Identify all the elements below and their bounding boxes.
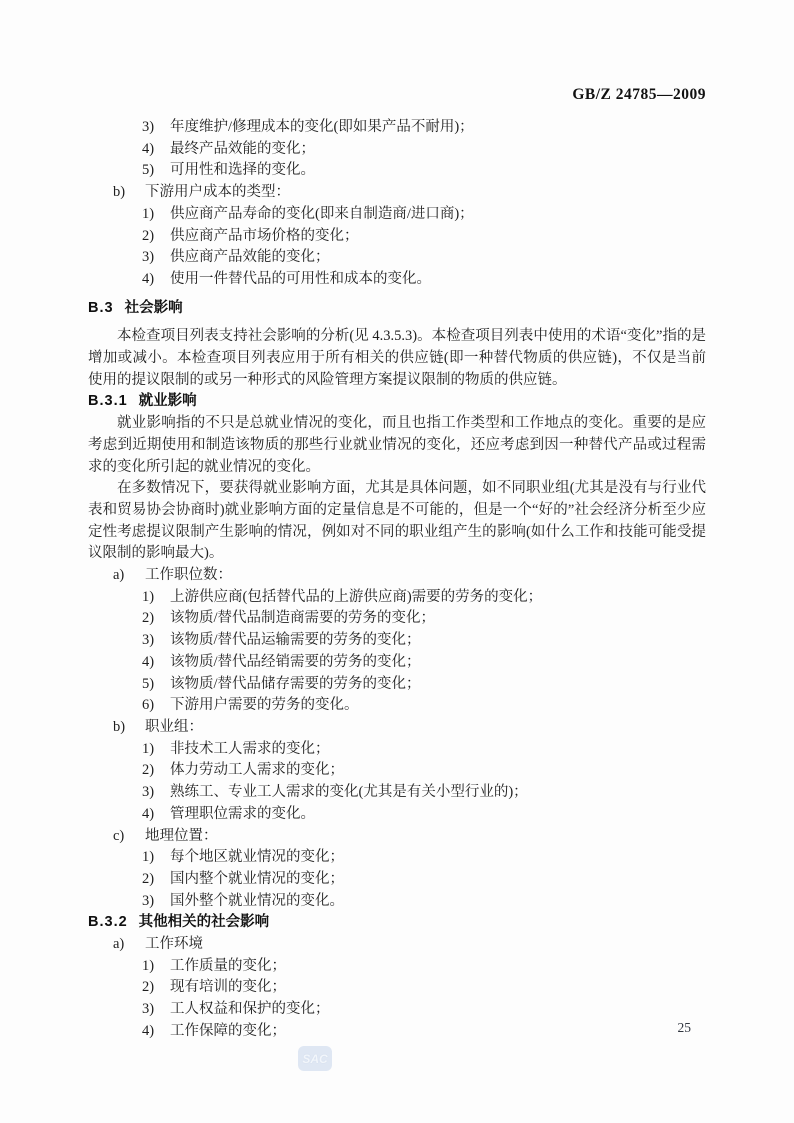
- list-item-text: 该物质/替代品运输需要的劳务的变化；: [170, 632, 421, 648]
- list-item-text: 供应商产品效能的变化；: [170, 249, 330, 265]
- list-item-text: 供应商产品市场价格的变化；: [170, 228, 359, 244]
- list-item-text: 可用性和选择的变化。: [170, 162, 315, 178]
- list-item: 1)非技术工人需求的变化；: [88, 739, 706, 761]
- list-item-marker: 3): [142, 782, 170, 804]
- list-item-text: 上游供应商(包括替代品的上游供应商)需要的劳务的变化；: [170, 589, 542, 605]
- document-standard-number: GB/Z 24785—2009: [88, 86, 706, 104]
- list-item: 1)供应商产品寿命的变化(即来自制造商/进口商)；: [88, 204, 706, 226]
- paragraph: 本检查项目列表支持社会影响的分析(见 4.3.5.3)。本检查项目列表中使用的术…: [88, 326, 706, 391]
- list-item-marker: 1): [142, 956, 170, 978]
- list-item-text: 熟练工、专业工人需求的变化(尤其是有关小型行业的)；: [170, 784, 528, 800]
- section-title: 就业影响: [139, 393, 197, 409]
- section-number: B.3: [88, 300, 114, 316]
- list-item: b)下游用户成本的类型：: [88, 182, 706, 204]
- sac-watermark-logo: SAC: [298, 1046, 332, 1071]
- list-item-text: 该物质/替代品经销需要的劳务的变化；: [170, 654, 421, 670]
- list-item: 2)体力劳动工人需求的变化；: [88, 760, 706, 782]
- list-item: 1)工作质量的变化；: [88, 956, 706, 978]
- section-heading: B.3.2其他相关的社会影响: [88, 912, 706, 934]
- document-page: GB/Z 24785—2009 3)年度维护/修理成本的变化(即如果产品不耐用)…: [0, 0, 794, 1123]
- list-item: 5)可用性和选择的变化。: [88, 160, 706, 182]
- list-item-marker: 3): [142, 891, 170, 913]
- list-item-marker: b): [113, 182, 145, 204]
- list-item-text: 下游用户成本的类型：: [145, 184, 290, 200]
- page-number: 25: [88, 1020, 691, 1036]
- section-title: 其他相关的社会影响: [139, 914, 270, 930]
- list-item-text: 每个地区就业情况的变化；: [170, 849, 344, 865]
- list-item-text: 该物质/替代品制造商需要的劳务的变化；: [170, 610, 435, 626]
- list-item-text: 管理职位需求的变化。: [170, 806, 315, 822]
- list-item: 2)供应商产品市场价格的变化；: [88, 226, 706, 248]
- list-item: 6)下游用户需要的劳务的变化。: [88, 695, 706, 717]
- list-item-text: 国外整个就业情况的变化。: [170, 893, 344, 909]
- list-item-text: 该物质/替代品储存需要的劳务的变化；: [170, 676, 421, 692]
- list-item-text: 国内整个就业情况的变化；: [170, 871, 344, 887]
- list-item-marker: 2): [142, 760, 170, 782]
- document-body: 3)年度维护/修理成本的变化(即如果产品不耐用)；4)最终产品效能的变化；5)可…: [88, 117, 706, 1043]
- list-item-marker: 1): [142, 587, 170, 609]
- list-item-marker: 4): [142, 804, 170, 826]
- list-item-marker: 4): [142, 652, 170, 674]
- list-item-marker: 6): [142, 695, 170, 717]
- list-item-marker: 2): [142, 977, 170, 999]
- section-heading: B.3.1就业影响: [88, 391, 706, 413]
- list-item-marker: 5): [142, 160, 170, 182]
- list-item-text: 最终产品效能的变化；: [170, 141, 315, 157]
- list-item-marker: a): [113, 565, 145, 587]
- list-item-marker: 3): [142, 630, 170, 652]
- list-item-text: 职业组：: [145, 719, 203, 735]
- list-item: 3)年度维护/修理成本的变化(即如果产品不耐用)；: [88, 117, 706, 139]
- section-heading: B.3社会影响: [88, 298, 706, 320]
- list-item: 1)上游供应商(包括替代品的上游供应商)需要的劳务的变化；: [88, 587, 706, 609]
- list-item-marker: 4): [142, 269, 170, 291]
- list-item: b)职业组：: [88, 717, 706, 739]
- list-item-marker: a): [113, 934, 145, 956]
- list-item-marker: 1): [142, 847, 170, 869]
- section-title: 社会影响: [125, 300, 183, 316]
- list-item: 4)管理职位需求的变化。: [88, 804, 706, 826]
- list-item-marker: b): [113, 717, 145, 739]
- list-item-marker: 3): [142, 117, 170, 139]
- list-item-text: 使用一件替代品的可用性和成本的变化。: [170, 271, 431, 287]
- list-item-marker: 1): [142, 739, 170, 761]
- list-item-text: 供应商产品寿命的变化(即来自制造商/进口商)；: [170, 206, 474, 222]
- list-item-marker: 3): [142, 999, 170, 1021]
- list-item-text: 地理位置：: [145, 828, 218, 844]
- list-item: 2)国内整个就业情况的变化；: [88, 869, 706, 891]
- list-item: 3)工人权益和保护的变化；: [88, 999, 706, 1021]
- list-item-marker: 2): [142, 226, 170, 248]
- list-item-marker: 4): [142, 139, 170, 161]
- list-item-marker: 2): [142, 608, 170, 630]
- list-item: 2)该物质/替代品制造商需要的劳务的变化；: [88, 608, 706, 630]
- list-item: a)工作环境: [88, 934, 706, 956]
- list-item: 3)供应商产品效能的变化；: [88, 247, 706, 269]
- list-item: a)工作职位数：: [88, 565, 706, 587]
- list-item: 4)使用一件替代品的可用性和成本的变化。: [88, 269, 706, 291]
- list-item-text: 工作质量的变化；: [170, 958, 286, 974]
- list-item: 2)现有培训的变化；: [88, 977, 706, 999]
- list-item-text: 现有培训的变化；: [170, 979, 286, 995]
- list-item-marker: 1): [142, 204, 170, 226]
- list-item-marker: 2): [142, 869, 170, 891]
- list-item-marker: c): [113, 826, 145, 848]
- list-item: 3)该物质/替代品运输需要的劳务的变化；: [88, 630, 706, 652]
- list-item-marker: 5): [142, 674, 170, 696]
- paragraph: 就业影响指的不只是总就业情况的变化，而且也指工作类型和工作地点的变化。重要的是应…: [88, 413, 706, 478]
- section-number: B.3.1: [88, 393, 128, 409]
- paragraph: 在多数情况下，要获得就业影响方面，尤其是具体问题，如不同职业组(尤其是没有与行业…: [88, 478, 706, 565]
- list-item: 1)每个地区就业情况的变化；: [88, 847, 706, 869]
- list-item: 4)最终产品效能的变化；: [88, 139, 706, 161]
- list-item: 5)该物质/替代品储存需要的劳务的变化；: [88, 674, 706, 696]
- list-item-text: 年度维护/修理成本的变化(即如果产品不耐用)；: [170, 119, 474, 135]
- list-item: 3)熟练工、专业工人需求的变化(尤其是有关小型行业的)；: [88, 782, 706, 804]
- list-item: 3)国外整个就业情况的变化。: [88, 891, 706, 913]
- list-item-text: 非技术工人需求的变化；: [170, 741, 330, 757]
- list-item-text: 工作环境: [145, 936, 203, 952]
- list-item-text: 工人权益和保护的变化；: [170, 1001, 330, 1017]
- list-item-text: 工作职位数：: [145, 567, 232, 583]
- list-item-text: 下游用户需要的劳务的变化。: [170, 697, 359, 713]
- list-item-text: 体力劳动工人需求的变化；: [170, 762, 344, 778]
- list-item: c)地理位置：: [88, 826, 706, 848]
- list-item: 4)该物质/替代品经销需要的劳务的变化；: [88, 652, 706, 674]
- list-item-marker: 3): [142, 247, 170, 269]
- section-number: B.3.2: [88, 914, 128, 930]
